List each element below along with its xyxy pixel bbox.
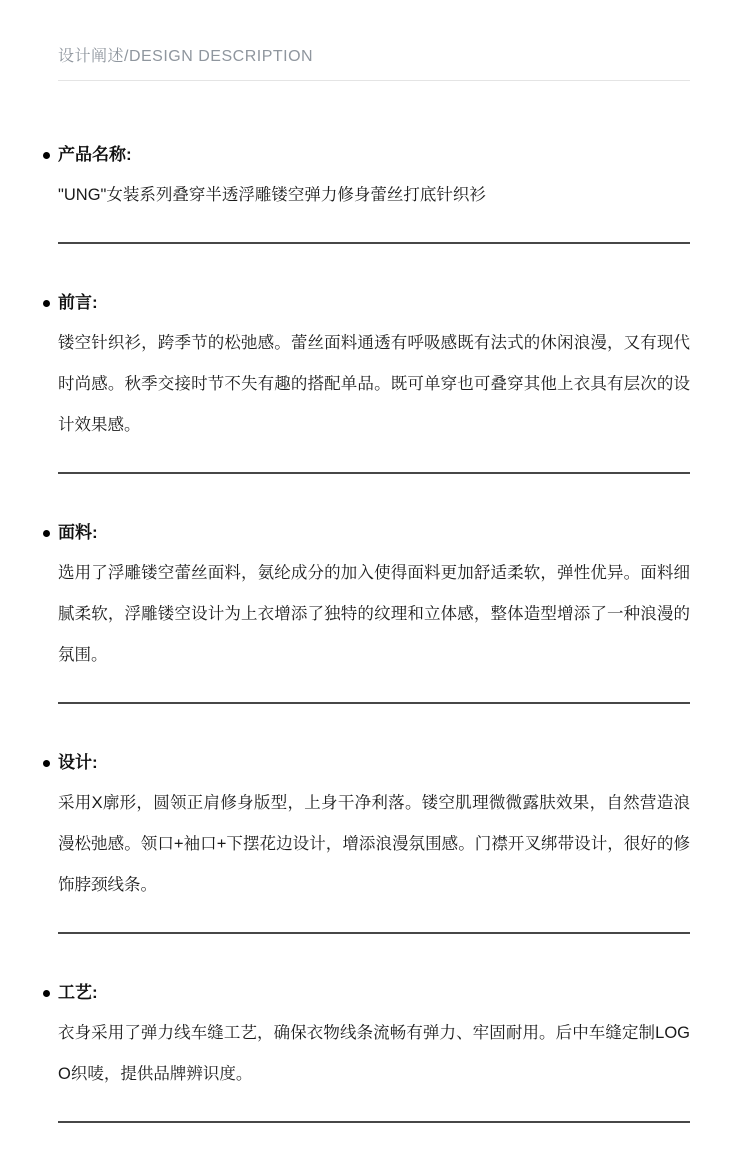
description-section: 工艺: 衣身采用了弹力线车缝工艺，确保衣物线条流畅有弹力、牢固耐用。后中车缝定制… — [58, 934, 690, 1123]
section-body-text: "UNG"女装系列叠穿半透浮雕镂空弹力修身蕾丝打底针织衫 — [58, 175, 690, 216]
bullet-icon — [43, 152, 50, 159]
section-heading: 工艺: — [58, 981, 690, 1005]
section-body-text: 选用了浮雕镂空蕾丝面料，氨纶成分的加入使得面料更加舒适柔软，弹性优异。面料细腻柔… — [58, 553, 690, 676]
section-heading-label: 产品名称: — [58, 143, 132, 167]
section-heading-label: 面料: — [58, 521, 98, 545]
section-heading: 面料: — [58, 521, 690, 545]
page-title: 设计阐述/DESIGN DESCRIPTION — [58, 46, 690, 68]
section-heading: 设计: — [58, 751, 690, 775]
bullet-icon — [43, 300, 50, 307]
section-heading: 前言: — [58, 291, 690, 315]
section-heading-label: 设计: — [58, 751, 98, 775]
sections-container: 产品名称: "UNG"女装系列叠穿半透浮雕镂空弹力修身蕾丝打底针织衫 前言: 镂… — [58, 81, 690, 1123]
section-heading-label: 前言: — [58, 291, 98, 315]
page-content: 设计阐述/DESIGN DESCRIPTION 产品名称: "UNG"女装系列叠… — [0, 0, 750, 1123]
bullet-icon — [43, 760, 50, 767]
document-header: 设计阐述/DESIGN DESCRIPTION — [58, 46, 690, 81]
description-section: 产品名称: "UNG"女装系列叠穿半透浮雕镂空弹力修身蕾丝打底针织衫 — [58, 81, 690, 244]
section-heading-label: 工艺: — [58, 981, 98, 1005]
section-heading: 产品名称: — [58, 143, 690, 167]
design-description-page: 设计阐述/DESIGN DESCRIPTION 产品名称: "UNG"女装系列叠… — [0, 0, 750, 1168]
bullet-icon — [43, 530, 50, 537]
section-body-text: 衣身采用了弹力线车缝工艺，确保衣物线条流畅有弹力、牢固耐用。后中车缝定制LOGO… — [58, 1013, 690, 1095]
bullet-icon — [43, 990, 50, 997]
section-body-text: 镂空针织衫，跨季节的松弛感。蕾丝面料通透有呼吸感既有法式的休闲浪漫，又有现代时尚… — [58, 323, 690, 446]
description-section: 面料: 选用了浮雕镂空蕾丝面料，氨纶成分的加入使得面料更加舒适柔软，弹性优异。面… — [58, 474, 690, 704]
description-section: 设计: 采用X廓形，圆领正肩修身版型，上身干净利落。镂空肌理微微露肤效果，自然营… — [58, 704, 690, 934]
description-section: 前言: 镂空针织衫，跨季节的松弛感。蕾丝面料通透有呼吸感既有法式的休闲浪漫，又有… — [58, 244, 690, 474]
section-body-text: 采用X廓形，圆领正肩修身版型，上身干净利落。镂空肌理微微露肤效果，自然营造浪漫松… — [58, 783, 690, 906]
